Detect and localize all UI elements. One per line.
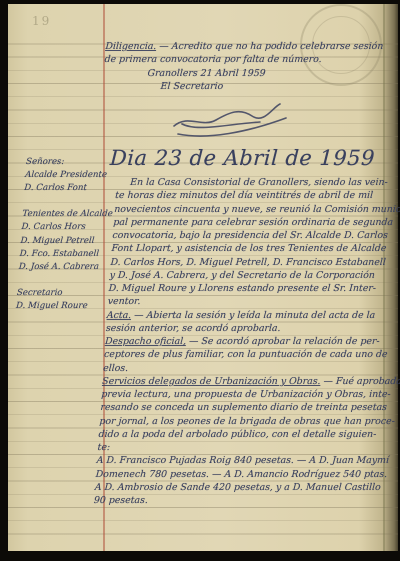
manuscript-line: dido a la poda del arbolado público, con… [98,428,383,441]
manuscript-line: A D. Ambrosio de Sande 420 pesetas, y a … [94,481,379,494]
paper-sheet: 19 Diligencia. — Acredito que no ha podi… [8,4,398,551]
attendee-line: D. Carlos Hors [21,221,102,234]
manuscript-line: novecientos cincuenta y nueve, se reunió… [114,203,399,216]
manuscript-line: En la Casa Consistorial de Granollers, s… [116,176,400,189]
attendee-line [17,274,98,287]
manuscript-line: Domenech 780 pesetas. — A D. Amancio Rod… [95,468,380,481]
attendee-line: D. José A. Cabrera [18,261,99,274]
margin-attendees-list: Señores:Alcalde PresidenteD. Carlos Font… [16,156,107,313]
attendee-line: D. Miguel Roure [16,300,97,313]
manuscript-line: Font Llopart, y asistencia de los tres T… [111,242,396,255]
manuscript-line: te: [97,441,382,454]
diligencia-signer-title: El Secretario [160,80,385,93]
manuscript-line: sesión anterior, se acordó aprobarla. [105,322,390,335]
manuscript-line: pal permanente para celebrar sesión ordi… [113,216,398,229]
manuscript-line: ceptores de plus familiar, con la puntua… [104,348,389,361]
manuscript-line: 90 pesetas. [93,494,378,507]
manuscript-line: ventor. [107,295,392,308]
entry-date-heading: Dia 23 de Abril de 1959 [109,146,386,170]
manuscript-line: D. Carlos Hors, D. Miguel Petrell, D. Fr… [110,256,395,269]
manuscript-line: por jornal, a los peones de la brigada d… [99,415,384,428]
scanned-ledger-page: 19 Diligencia. — Acredito que no ha podi… [0,0,400,561]
manuscript-line: Despacho oficial, — Se acordó aprobar la… [105,335,390,348]
attendee-line [23,195,104,208]
manuscript-line: A D. Francisco Pujadas Roig 840 pesetas.… [96,454,381,467]
attendee-line: D. Carlos Font [24,182,105,195]
attendee-line: Secretario [16,287,97,300]
manuscript-line: resando se conceda un suplemento diario … [100,401,385,414]
diligencia-dateline: Granollers 21 Abril 1959 [147,67,386,80]
manuscript-line: Servicios delegados de Urbanización y Ob… [102,375,387,388]
page-number: 19 [32,14,51,28]
attendee-line: Señores: [26,156,107,169]
manuscript-line: te horas diez minutos del día veintitrés… [115,189,400,202]
entry-body: En la Casa Consistorial de Granollers, s… [93,176,400,507]
attendee-line: Tenientes de Alcalde [22,208,103,221]
manuscript-line: de primera convocatoria por falta de núm… [104,53,387,66]
attendee-line: D. Fco. Estabanell [19,248,100,261]
manuscript-line: Acta. — Abierta la sesión y leída la min… [106,309,391,322]
diligencia-note: Diligencia. — Acredito que no ha podido … [102,40,388,93]
signature-flourish [168,94,298,144]
manuscript-line: D. Miguel Roure y Llorens estando presen… [108,282,393,295]
entry-body-lines: En la Casa Consistorial de Granollers, s… [93,176,400,507]
manuscript-line: ellos. [103,362,388,375]
attendee-lines: Señores:Alcalde PresidenteD. Carlos Font… [16,156,107,313]
manuscript-line: y D. José A. Cabrera, y del Secretario d… [109,269,394,282]
attendee-line: Alcalde Presidente [25,169,106,182]
manuscript-line: convocatoria, bajo la presidencia del Sr… [112,229,397,242]
attendee-line: D. Miguel Petrell [20,235,101,248]
manuscript-line: Diligencia. — Acredito que no ha podido … [105,40,388,53]
manuscript-line: previa lectura, una propuesta de Urbaniz… [101,388,386,401]
diligencia-lines: Diligencia. — Acredito que no ha podido … [104,40,388,67]
